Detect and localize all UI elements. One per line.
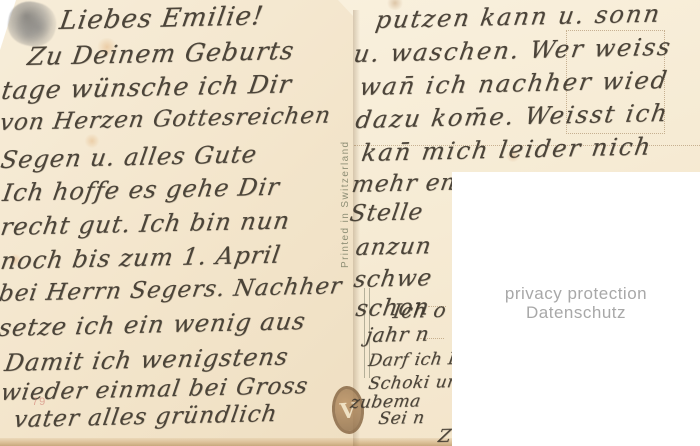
handwriting-line: Sei n — [377, 408, 426, 429]
handwriting-line: mehr ent — [350, 169, 469, 198]
handwriting-line: Segen u. alles Gute — [0, 140, 259, 174]
handwriting-line: jahr n — [364, 322, 431, 347]
privacy-overlay-text-en: privacy protection — [505, 284, 647, 303]
postcard-scan: Printed in Switzerland V 79 Liebes Emili… — [0, 0, 700, 446]
handwriting-line: Stelle — [348, 199, 425, 227]
card-bottom-edge — [0, 438, 353, 446]
privacy-overlay-text-de: Datenschutz — [526, 303, 626, 322]
handwriting-line: anzun — [354, 233, 434, 261]
handwriting-line: Liebes Emilie! — [57, 1, 265, 36]
card-seam-shadow — [353, 10, 360, 446]
printed-note: Printed in Switzerland — [340, 140, 351, 268]
handwriting-line: Ich o — [391, 298, 448, 323]
handwriting-line: Darf ich D — [367, 349, 464, 371]
handwriting-line: schwe — [352, 265, 434, 293]
privacy-overlay: privacy protection Datenschutz — [452, 172, 700, 446]
handwriting-line: Zu Deinem Geburts — [26, 36, 297, 71]
